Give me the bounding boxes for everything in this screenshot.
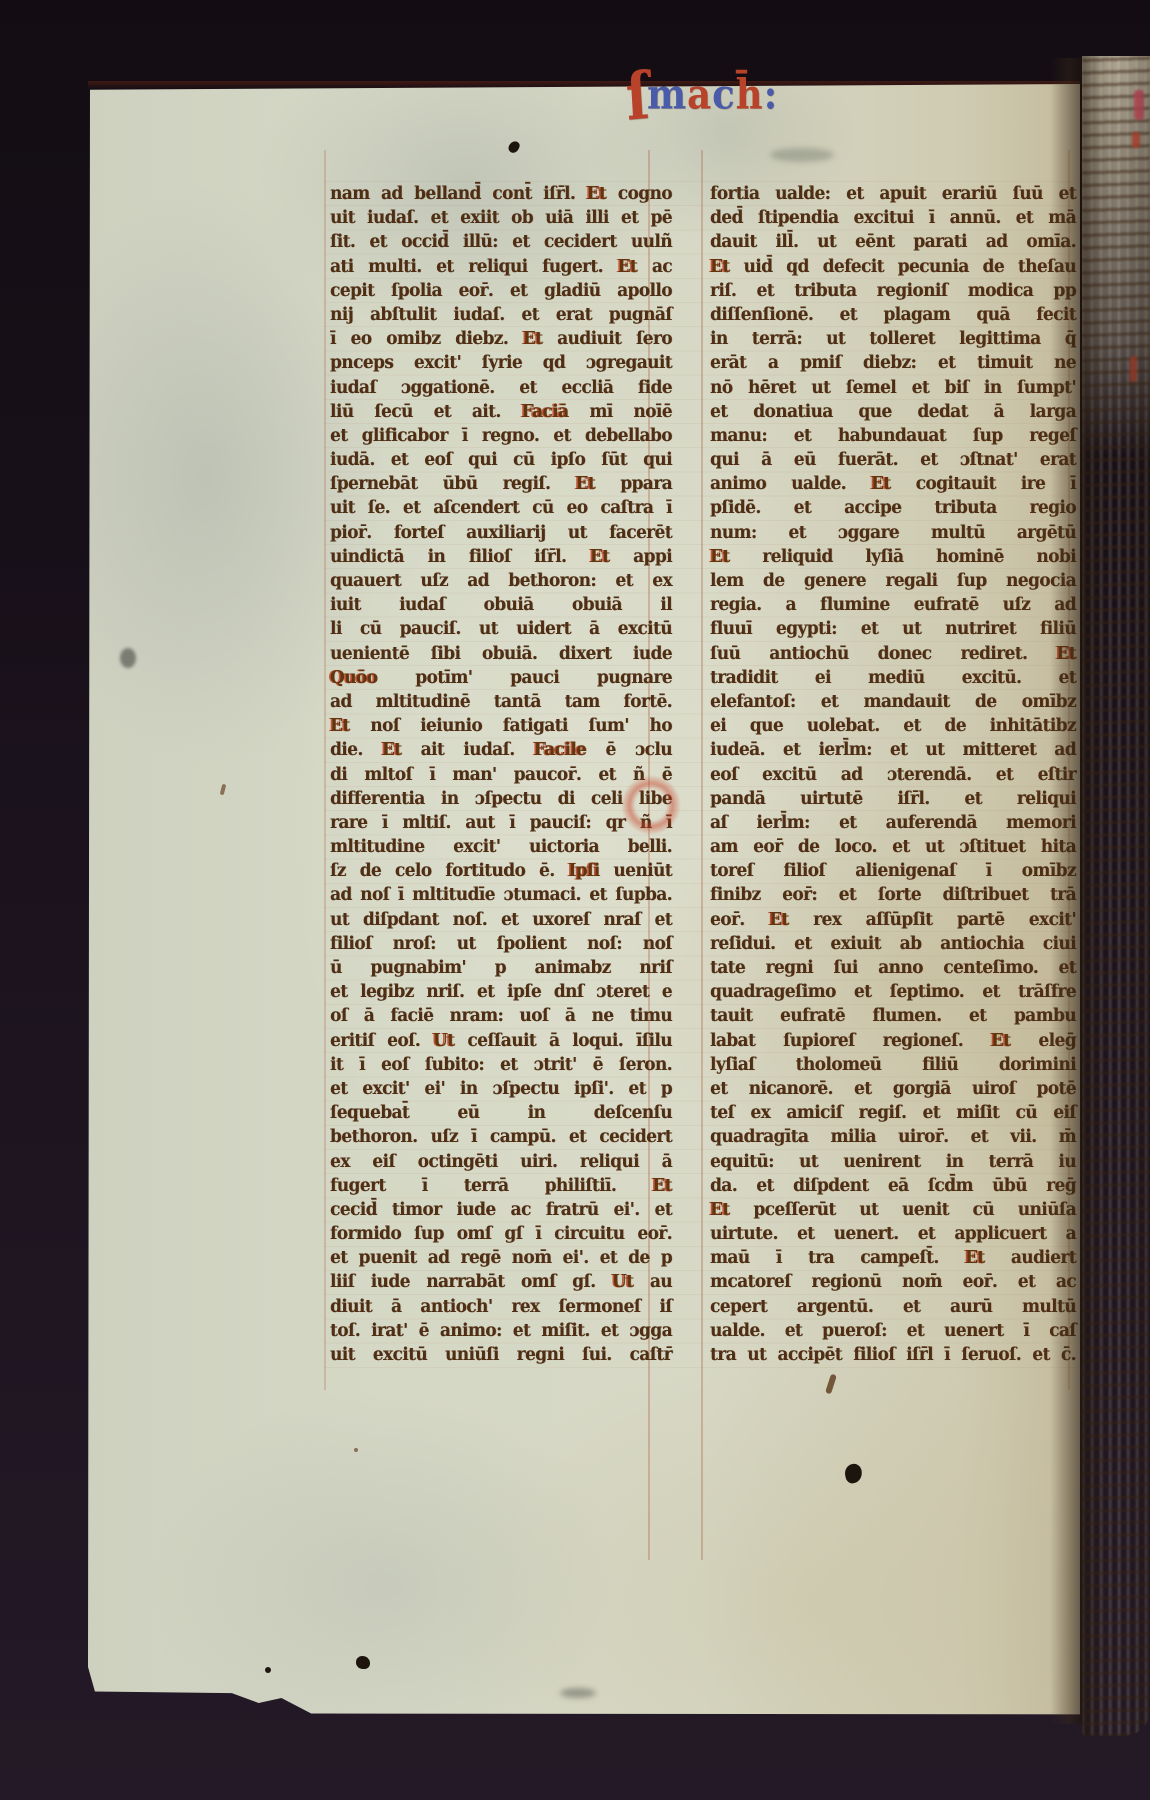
text-line: nō hēret ut ſemel et biſ in ſumpt' [710, 375, 1076, 400]
text-line: ſuū antiochū donec rediret. Et [710, 641, 1076, 666]
margin-dot [354, 1448, 358, 1452]
text-line: erāt a pmiſ diebz: et timuit ne [710, 350, 1076, 375]
text-line: maū ī tra campeſt̄. Et audiert [710, 1245, 1076, 1270]
running-title-letter: a [687, 74, 712, 115]
text-line: elefantoſ: et mandauit de omībz [710, 689, 1076, 714]
ruling-line [324, 150, 326, 1390]
text-line: mcatoreſ regionū nom̄ eor̄. et ac [710, 1269, 1076, 1294]
text-line: fugert ī terrā philiſtiī. Et [330, 1173, 672, 1198]
text-line: Et reliquid lyſiā hominē nobi [710, 544, 1076, 569]
text-line: li cū pauciſ. ut uidert ā excitū [330, 616, 672, 641]
text-line: aſ ierl̄m: et auferendā memori [710, 810, 1076, 835]
text-line: Et pceſſerūt ut uenit cū uniūſa [710, 1197, 1076, 1222]
text-line: uit iudaſ. et exiit ob uiā illi et pē [330, 205, 672, 230]
text-line: ad noſ ī mltitudīe ɔtumaci. et ſupba. [330, 882, 672, 907]
text-line: uit excitū uniūſi regni ſui. caſtr̄ [330, 1342, 672, 1367]
text-line: ſequebat̄ eū in deſcenſu [330, 1100, 672, 1125]
text-line: mltitudine excit' uictoria belli. [330, 834, 672, 859]
text-line: filioſ nroſ: ut ſpolient noſ: noſ [330, 931, 672, 956]
text-line: bethoron. uſz ī campū. et cecidert [330, 1124, 672, 1149]
text-line: fortia ualde: et apuit erariū ſuū et [710, 181, 1076, 206]
gray-smudge [770, 148, 834, 162]
text-line: manu: et habundauat ſup regeſ [710, 423, 1076, 448]
text-line: pſidē. et accipe tributa regio [710, 495, 1076, 520]
text-line: ſz de celo fortitudo ē. Ipſi ueniūt [330, 858, 672, 883]
text-line: et nicanorē. et gorgiā uiroſ potē [710, 1076, 1076, 1101]
text-line: iudā. et eoſ qui cū ipſo ſūt qui [330, 447, 672, 472]
text-line: it ī eoſ ſubito: et ɔtrit' ē ſeron. [330, 1052, 672, 1077]
text-line: dauit ill̄. ut eēnt parati ad omīa. [710, 229, 1076, 254]
text-line: animo ualde. Et cogitauit ire ī [710, 471, 1076, 496]
text-line: differentia in ɔſpectu di celi libe [330, 786, 672, 811]
text-line: ualde. et pueroſ: et uenert ī caſ [710, 1318, 1076, 1343]
text-line: equitū: ut uenirent in terrā iu [710, 1149, 1076, 1174]
text-line: eritiſ eoſ. Ut ceſſauit ā loqui. īſilu [330, 1028, 672, 1053]
text-line: iudeā. et ierl̄m: et ut mitteret ad [710, 737, 1076, 762]
text-line: labat ſupioreſ regioneſ. Et eleḡ [710, 1028, 1076, 1053]
manuscript-photograph: ſmach̄: nam ad belland̄ cont̄ iſr̄l. Et … [0, 0, 1150, 1800]
text-line: et donatiua que dedat ā larga [710, 399, 1076, 424]
text-line: cepert argentū. et aurū multū [710, 1294, 1076, 1319]
text-line: uindictā in filioſ iſr̄l. Et appi [330, 544, 672, 569]
text-line: teſ ex amiciſ regiſ. et miſit cū eiſ [710, 1100, 1076, 1125]
text-column-left: nam ad belland̄ cont̄ iſr̄l. Et cognouit… [330, 181, 672, 1366]
text-line: lyſiaſ tholomeū filiū dorimini [710, 1052, 1076, 1077]
ruling-line [701, 150, 703, 1560]
text-line: liū ſecū et ait. Faciā mī noīē [330, 399, 672, 424]
text-line: tradidit ei mediū excitū. et [710, 665, 1076, 690]
text-line: qui ā eū fuerāt. et ɔſtnat' erat [710, 447, 1076, 472]
running-title-letter: h̄ [736, 74, 764, 115]
text-line: uenientē ſibi obuiā. dixert iude [330, 641, 672, 666]
text-line: cepit ſpolia eor̄. et gladiū apollo [330, 278, 672, 303]
text-line: am eor̄ de loco. et ut ɔſtituet hita [710, 834, 1076, 859]
text-line: eoſ excitū ad ɔterendā. et eſtir [710, 762, 1076, 787]
text-line: tate regni ſui anno centeſimo. et [710, 955, 1076, 980]
text-line: Quōo potīm' pauci pugnare [330, 665, 672, 690]
text-line: oſ ā faciē nram: uoſ ā ne timu [330, 1003, 672, 1028]
text-line: eor̄. Et rex aſſūpſit partē excit' [710, 907, 1076, 932]
text-line: regia. a flumine eufratē uſz ad [710, 592, 1076, 617]
text-line: di mltoſ ī man' paucor̄. et ñ ē [330, 762, 672, 787]
text-line: finibz eor̄: et ſorte diſtribuet trā [710, 882, 1076, 907]
text-line: iuit iudaſ obuiā obuiā il [330, 592, 672, 617]
text-line: ded̄ ſtipendia excitui ī annū. et mā [710, 205, 1076, 230]
text-line: quadrageſimo et ſeptimo. et trāſfre [710, 979, 1076, 1004]
text-line: pior̄. forteſ auxiliarij ut facerēt [330, 520, 672, 545]
page-edge-shadow [1050, 58, 1084, 1724]
text-line: ex eiſ octingēti uiri. reliqui ā [330, 1149, 672, 1174]
text-line: ī eo omibz diebz. Et audiuit ſero [330, 326, 672, 351]
text-line: toſ. irat' ē animo: et miſit. et ɔgga [330, 1318, 672, 1343]
text-line: tra ut accipēt filioſ iſr̄l ī ſeruoſ. et… [710, 1342, 1076, 1367]
text-line: pandā uirtutē iſr̄l. et reliqui [710, 786, 1076, 811]
text-line: tauit eufratē flumen. et pambu [710, 1003, 1076, 1028]
text-line: liiſ iude narrabāt omſ gſ. Ut au [330, 1269, 672, 1294]
text-line: et glificabor ī regno. et debellabo [330, 423, 672, 448]
text-line: reſidui. et exiuit ab antiochia ciui [710, 931, 1076, 956]
text-line: nam ad belland̄ cont̄ iſr̄l. Et cogno [330, 181, 672, 206]
ink-blot [265, 1667, 271, 1673]
text-line: toreſ filioſ alienigenaſ ī omībz [710, 858, 1076, 883]
running-title: ſmach̄: [612, 76, 792, 140]
text-line: ad mltitudinē tantā tam fortē. [330, 689, 672, 714]
ink-blot [356, 1656, 370, 1669]
text-line: cecid̄ timor iude ac fratrū ei'. et [330, 1197, 672, 1222]
running-title-letter: m [647, 74, 687, 115]
text-line: die. Et ait iudaſ. Facile ē ɔclu [330, 737, 672, 762]
text-line: quadragīta milia uiror̄. et vii. m̄ [710, 1124, 1076, 1149]
text-line: iudaſ ɔggationē. et eccliā fide [330, 375, 672, 400]
text-line: da. et diſpdent eā ſcd̄m ūbū reḡ [710, 1173, 1076, 1198]
text-line: ati multi. et reliqui fugert. Et ac [330, 254, 672, 279]
fore-edge-shading [1082, 56, 1150, 1736]
text-line: pnceps excit' ſyrie qd ɔgregauit [330, 350, 672, 375]
red-wax-stain [622, 776, 680, 834]
text-line: riſ. et tributa regioniſ modica pp [710, 278, 1076, 303]
text-line: Et noſ ieiunio fatigati ſum' ho [330, 713, 672, 738]
text-line: ei que uolebat. et de inhitātibz [710, 713, 1076, 738]
text-line: nij abſtulit iudaſ. et erat pugnāſ [330, 302, 672, 327]
text-line: in terrā: ut tolleret legittima q̄ [710, 326, 1076, 351]
text-line: ū pugnabim' p animabz nriſ [330, 955, 672, 980]
text-line: lem de genere regali ſup negocia [710, 568, 1076, 593]
running-title-letter: c [712, 74, 736, 115]
text-line: Et uid̄ qd defecit pecunia de theſau [710, 254, 1076, 279]
text-line: et puenit ad regē nom̄ ei'. et de p [330, 1245, 672, 1270]
text-line: fluuī egypti: et ut nutriret filiū [710, 616, 1076, 641]
text-line: uit ſe. et aſcendert cū eo caſtra ī [330, 495, 672, 520]
text-line: num: et ɔggare multū argētū [710, 520, 1076, 545]
text-line: et legibz nriſ. et ipſe dnſ ɔteret e [330, 979, 672, 1004]
text-line: ut diſpdant noſ. et uxoreſ nraſ et [330, 907, 672, 932]
text-line: quauert uſz ad bethoron: et ex [330, 568, 672, 593]
text-line: rare ī mltiſ. aut ī pauciſ: qr ñ ī [330, 810, 672, 835]
text-line: uirtute. et uenert. et applicuert a [710, 1221, 1076, 1246]
text-line: diuit ā antioch' rex ſermoneſ iſ [330, 1294, 672, 1319]
text-line: ſpernebāt ūbū regiſ. Et ppara [330, 471, 672, 496]
text-line: formido ſup omſ gſ ī circuitu eor̄. [330, 1221, 672, 1246]
ink-smudge [120, 648, 136, 668]
text-line: et excit' ei' in ɔſpectu ipſi'. et p [330, 1076, 672, 1101]
text-column-right: fortia ualde: et apuit erariū ſuū etded̄… [710, 181, 1076, 1366]
text-line: ſit. et occid̄ illū: et cecidert uulñ [330, 229, 672, 254]
fore-edge-page-stack [1082, 56, 1150, 1736]
text-line: diſſenſionē. et plagam quā fecit [710, 302, 1076, 327]
running-title-letter: : [764, 74, 779, 115]
gray-smudge [560, 1688, 596, 1698]
